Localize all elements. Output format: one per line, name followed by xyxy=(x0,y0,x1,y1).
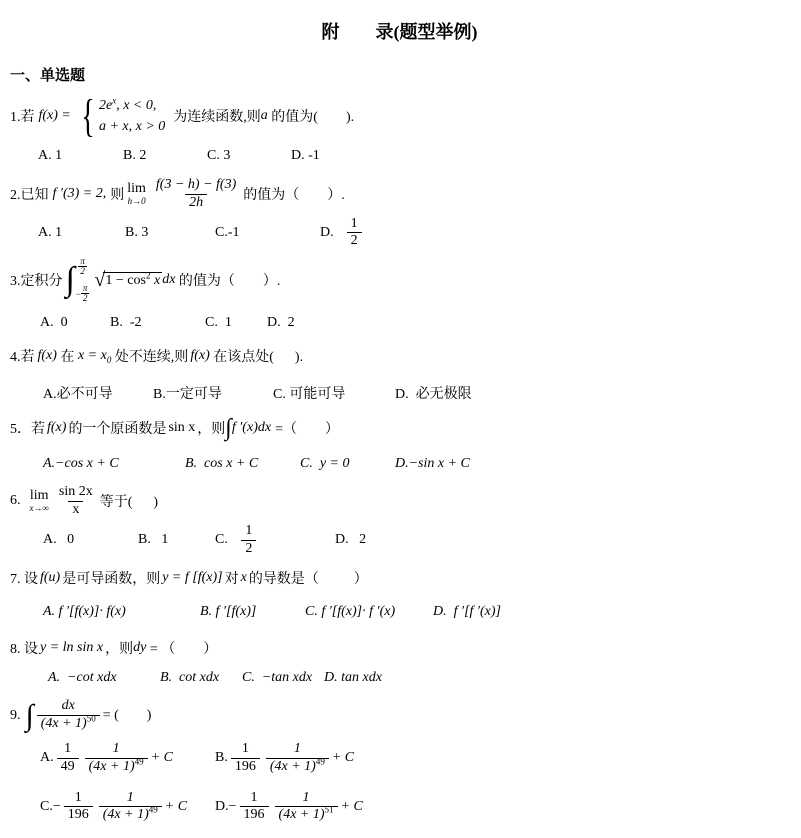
q7-fu: f(u) xyxy=(40,570,60,586)
q6-lim-sub: x→∞ xyxy=(30,504,49,513)
q7-option-c: C. f ′[f(x)]· f ′(x) xyxy=(305,604,433,620)
q9-option-d-fnum: 1 xyxy=(299,790,314,807)
q9-option-c-frac: 1(4x + 1)49 xyxy=(99,790,162,825)
q9-option-b-fden-exp: 49 xyxy=(316,756,325,766)
q9-option-c-fden: (4x + 1)49 xyxy=(99,806,162,824)
q3-options: A. 0 B. -2 C. 1 D. 2 xyxy=(40,315,789,331)
q9-fraction: dx (4x + 1)50 xyxy=(37,698,100,733)
q6-number: 6. xyxy=(10,493,21,509)
q3-integral-limits: π 2 − π 2 xyxy=(76,257,90,303)
q9-option-c-sign: − xyxy=(53,799,61,815)
q3-lo-frac: π 2 xyxy=(81,284,90,303)
q2-option-d-den: 2 xyxy=(347,232,362,250)
q4-options: A.必不可导 B.一定可导 C. 可能可导 D. 必无极限 xyxy=(43,383,789,403)
q9-number: 9. xyxy=(10,708,21,724)
q9-option-b-tail: + C xyxy=(332,750,354,766)
q4-fx1: f(x) xyxy=(38,348,57,364)
q2-option-d-num: 1 xyxy=(347,216,362,233)
q9-frac-den: (4x + 1)50 xyxy=(37,715,100,733)
q8-option-a: A. −cot xdx xyxy=(48,670,160,686)
q5-stem: 5．若 f(x) 的一个原函数是 sin x ，则 ∫ f ′(x)dx =（ … xyxy=(10,416,789,440)
q6-option-d: D. 2 xyxy=(335,532,366,548)
q9-option-c-fden-exp: 49 xyxy=(149,805,158,815)
q5-text-2: ，则 xyxy=(197,418,225,438)
q4-option-a: A.必不可导 xyxy=(43,383,153,403)
q9-option-c-cden: 196 xyxy=(64,806,93,824)
q3-option-c: C. 1 xyxy=(205,315,267,331)
q9-option-b-fden-base: (4x + 1) xyxy=(270,759,316,774)
q3-upper-limit: π 2 xyxy=(76,257,90,276)
q9-option-d-cden: 196 xyxy=(240,806,269,824)
q5-fx: f(x) xyxy=(47,420,66,436)
q9-eq: = ( ) xyxy=(103,708,152,724)
q3-number: 3.定积分 xyxy=(10,270,63,290)
q9-option-c-fden-base: (4x + 1) xyxy=(103,807,149,822)
q1-case1: 2ex, x < 0, xyxy=(99,98,165,114)
q8-stem: 8. 设 y = ln sin x ，则 dy = （ ） xyxy=(10,638,789,658)
q7-text-2: 对 xyxy=(225,568,239,588)
q6-frac-num: sin 2x xyxy=(55,484,97,501)
q2-fraction: f(3 − h) − f(3) 2h xyxy=(152,177,240,212)
q9-option-a-cnum: 1 xyxy=(60,741,75,758)
q7-option-d: D. f ′[f ′(x)] xyxy=(433,604,501,620)
q5-option-b: B. cos x + C xyxy=(185,456,300,472)
q4-fx2: f(x) xyxy=(190,348,209,364)
q2-option-b: B. 3 xyxy=(125,225,215,241)
q2-frac-den: 2h xyxy=(185,194,207,212)
q3-dx: dx xyxy=(162,272,175,288)
question-4: 4.若 f(x) 在 x = x0 处不连续,则 f(x) 在该点处( ). A… xyxy=(10,346,789,403)
q3-option-b: B. -2 xyxy=(110,315,205,331)
q6-lim-word: lim xyxy=(30,489,49,503)
q9-stem: 9. ∫ dx (4x + 1)50 = ( ) xyxy=(10,698,789,733)
q7-text-3: 的导数是（ ） xyxy=(249,568,368,588)
title-paren: (题型举例) xyxy=(394,22,478,42)
q6-option-c-fraction: 1 2 xyxy=(241,523,256,558)
q9-option-b-fden: (4x + 1)49 xyxy=(266,758,329,776)
q3-lower-limit: − π 2 xyxy=(76,284,90,303)
q9-option-b-cnum: 1 xyxy=(238,741,253,758)
q8-option-c: C. −tan xdx xyxy=(242,670,324,686)
q4-text-3: 在该点处( ). xyxy=(210,346,303,366)
question-6: 6. lim x→∞ sin 2x x 等于( ) A. 0 B. 1 C. 1… xyxy=(10,484,789,557)
q1-case2: a + x, x > 0 xyxy=(99,119,165,135)
q4-option-c: C. 可能可导 xyxy=(273,383,395,403)
q4-option-d: D. 必无极限 xyxy=(395,383,472,403)
q9-option-c-tail: + C xyxy=(165,799,187,815)
q5-sinx: sin x xyxy=(168,420,195,436)
question-8: 8. 设 y = ln sin x ，则 dy = （ ） A. −cot xd… xyxy=(10,638,789,686)
q3-radicand: 1 − cos2 x xyxy=(103,272,162,289)
q3-text: 的值为（ ）. xyxy=(175,270,280,290)
q9-option-d-label: D. xyxy=(215,799,229,815)
q9-options-row-1: A.1491(4x + 1)49+ C B.11961(4x + 1)49+ C xyxy=(40,741,789,776)
q6-frac-den: x xyxy=(68,501,83,519)
q9-option-d-cnum: 1 xyxy=(247,790,262,807)
q5-eq: =（ ） xyxy=(275,418,339,438)
q5-option-a: A.−cos x + C xyxy=(43,456,185,472)
q4-option-b: B.一定可导 xyxy=(153,383,273,403)
q9-option-b-label: B. xyxy=(215,750,228,766)
q9-option-c-label: C. xyxy=(40,799,53,815)
q9-option-a-fden: (4x + 1)49 xyxy=(85,758,148,776)
q8-yeq: y = ln sin x xyxy=(40,640,103,656)
q3-up-num: π xyxy=(78,257,87,266)
q7-stem: 7. 设 f(u) 是可导函数，则 y = f [f(x)] 对 x 的导数是（… xyxy=(10,568,789,588)
q6-stem: 6. lim x→∞ sin 2x x 等于( ) xyxy=(10,484,789,519)
q9-option-a-tail: + C xyxy=(151,750,173,766)
q5-options: A.−cos x + C B. cos x + C C. y = 0 D.−si… xyxy=(43,456,789,472)
q9-option-b-frac: 1(4x + 1)49 xyxy=(266,741,329,776)
q7-xvar: x xyxy=(241,570,247,586)
q5-option-d: D.−sin x + C xyxy=(395,456,470,472)
q9-option-a-fden-exp: 49 xyxy=(135,756,144,766)
title-main: 附 录 xyxy=(322,22,394,42)
q6-options: A. 0 B. 1 C. 1 2 D. 2 xyxy=(43,523,789,558)
document-page: 附 录(题型举例) 一、单选题 1.若 f(x) = { 2ex, x < 0,… xyxy=(0,0,801,824)
q2-lim-sub: h→0 xyxy=(128,197,146,206)
q2-option-a: A. 1 xyxy=(38,225,125,241)
q4-xeq: x = x0 xyxy=(78,348,111,364)
q2-text: 的值为（ ）. xyxy=(243,184,345,204)
q8-number: 8. 设 xyxy=(10,638,38,658)
q2-option-c: C.-1 xyxy=(215,225,320,241)
q7-yeq: y = f [f(x)] xyxy=(162,570,222,586)
q2-lim-word: lim xyxy=(127,182,146,196)
q1-option-d: D. -1 xyxy=(291,148,320,164)
q6-option-c-label: C. xyxy=(215,532,238,548)
q9-den-exp: 50 xyxy=(87,714,96,724)
q1-option-b: B. 2 xyxy=(123,148,207,164)
q6-text: 等于( ) xyxy=(100,491,158,511)
q8-option-b: B. cot xdx xyxy=(160,670,242,686)
q9-option-c-fnum: 1 xyxy=(123,790,138,807)
q6-option-b: B. 1 xyxy=(138,532,215,548)
q9-option-b: B.11961(4x + 1)49+ C xyxy=(215,741,354,776)
question-2: 2.已知 f ′(3) = 2, 则 lim h→0 f(3 − h) − f(… xyxy=(10,177,789,250)
q1-piecewise: { 2ex, x < 0, a + x, x > 0 xyxy=(77,93,165,139)
q1-option-c: C. 3 xyxy=(207,148,291,164)
q2-then: 则 xyxy=(110,184,124,204)
q9-option-d-fden: (4x + 1)51 xyxy=(275,806,338,824)
q3-option-a: A. 0 xyxy=(40,315,110,331)
q1-options: A. 1 B. 2 C. 3 D. -1 xyxy=(38,148,789,164)
q5-number: 5．若 xyxy=(10,418,45,438)
integral-sign: ∫ xyxy=(225,416,232,440)
q9-options-row-2: C.−11961(4x + 1)49+ C D.−11961(4x + 1)51… xyxy=(40,790,789,825)
q9-option-b-coef: 1196 xyxy=(231,741,260,776)
q9-option-a-fden-base: (4x + 1) xyxy=(89,759,135,774)
q8-options: A. −cot xdx B. cot xdx C. −tan xdx D. ta… xyxy=(48,670,789,686)
q5-text-1: 的一个原函数是 xyxy=(68,418,166,438)
q2-frac-num: f(3 − h) − f(3) xyxy=(152,177,240,194)
q9-option-c: C.−11961(4x + 1)49+ C xyxy=(40,790,215,825)
q6-option-c-num: 1 xyxy=(241,523,256,540)
q4-stem: 4.若 f(x) 在 x = x0 处不连续,则 f(x) 在该点处( ). xyxy=(10,346,789,366)
q9-option-a-label: A. xyxy=(40,750,54,766)
q3-option-d: D. 2 xyxy=(267,315,295,331)
question-1: 1.若 f(x) = { 2ex, x < 0, a + x, x > 0 为连… xyxy=(10,93,789,164)
q2-options: A. 1 B. 3 C.-1 D. 1 2 xyxy=(38,216,789,251)
q9-option-d: D.−11961(4x + 1)51+ C xyxy=(215,790,363,825)
q7-options: A. f ′[f(x)]· f(x) B. f ′[f(x)] C. f ′[f… xyxy=(43,604,789,620)
q9-option-c-coef: 1196 xyxy=(64,790,93,825)
q1-case1-cond: , x < 0, xyxy=(116,98,156,113)
q2-number: 2.已知 xyxy=(10,184,49,204)
q6-fraction: sin 2x x xyxy=(55,484,97,519)
q1-fx: f(x) = xyxy=(39,108,71,124)
q8-option-d: D. tan xdx xyxy=(324,670,382,686)
q1-text-2: 的值为( ). xyxy=(268,106,354,126)
q4-xeq-base: x = x xyxy=(78,348,107,363)
page-title: 附 录(题型举例) xyxy=(10,20,789,44)
q9-option-a: A.1491(4x + 1)49+ C xyxy=(40,741,215,776)
q3-lo-num: π xyxy=(81,284,90,293)
q1-case1-base: 2e xyxy=(99,98,112,113)
q6-limit: lim x→∞ xyxy=(30,489,49,513)
q2-option-d-label: D. xyxy=(320,225,334,241)
q3-up-den: 2 xyxy=(78,266,87,276)
q4-text-2: 处不连续,则 xyxy=(111,346,188,366)
q9-option-d-tail: + C xyxy=(341,799,363,815)
q7-text-1: 是可导函数，则 xyxy=(62,568,160,588)
q2-stem: 2.已知 f ′(3) = 2, 则 lim h→0 f(3 − h) − f(… xyxy=(10,177,789,212)
q3-lo-den: 2 xyxy=(81,293,90,303)
q2-option-d: D. 1 2 xyxy=(320,216,365,251)
q1-number: 1.若 xyxy=(10,106,35,126)
q9-option-a-coef: 149 xyxy=(57,741,79,776)
q9-option-d-sign: − xyxy=(229,799,237,815)
q2-given: f ′(3) = 2, xyxy=(53,186,107,202)
q9-option-a-cden: 49 xyxy=(57,758,79,776)
q9-den-base: (4x + 1) xyxy=(41,716,87,731)
q7-number: 7. 设 xyxy=(10,568,38,588)
q3-sqrt: √ 1 − cos2 x xyxy=(94,272,162,289)
q2-limit: lim h→0 xyxy=(127,182,146,206)
q4-text-1: 在 xyxy=(57,346,78,366)
integral-sign: ∫ xyxy=(26,701,34,731)
q6-option-c: C. 1 2 xyxy=(215,523,335,558)
q5-integrand: f ′(x)dx xyxy=(232,420,271,436)
q9-option-a-frac: 1(4x + 1)49 xyxy=(85,741,148,776)
q8-text: ，则 xyxy=(105,638,133,658)
q6-option-c-den: 2 xyxy=(241,540,256,558)
q2-option-d-fraction: 1 2 xyxy=(347,216,362,251)
q1-option-a: A. 1 xyxy=(38,148,123,164)
q9-option-d-fden-base: (4x + 1) xyxy=(279,807,325,822)
q8-eq: = （ ） xyxy=(146,638,217,658)
q7-option-b: B. f ′[f(x)] xyxy=(200,604,305,620)
q3-rad-text: 1 − cos xyxy=(105,273,146,288)
integral-sign: ∫ xyxy=(66,263,75,297)
q1-stem: 1.若 f(x) = { 2ex, x < 0, a + x, x > 0 为连… xyxy=(10,93,789,139)
question-5: 5．若 f(x) 的一个原函数是 sin x ，则 ∫ f ′(x)dx =（ … xyxy=(10,416,789,472)
q9-option-d-frac: 1(4x + 1)51 xyxy=(275,790,338,825)
q3-integral: ∫ π 2 − π 2 xyxy=(66,257,90,303)
q1-text-1: 为连续函数,则 xyxy=(173,106,261,126)
q9-option-b-fnum: 1 xyxy=(290,741,305,758)
q7-option-a: A. f ′[f(x)]· f(x) xyxy=(43,604,200,620)
q5-option-c: C. y = 0 xyxy=(300,456,395,472)
q3-stem: 3.定积分 ∫ π 2 − π 2 xyxy=(10,257,789,303)
question-9: 9. ∫ dx (4x + 1)50 = ( ) A.1491(4x + 1)4… xyxy=(10,698,789,824)
question-3: 3.定积分 ∫ π 2 − π 2 xyxy=(10,257,789,331)
q1-var-a: a xyxy=(261,108,268,124)
q9-option-d-coef: 1196 xyxy=(240,790,269,825)
q6-option-a: A. 0 xyxy=(43,532,138,548)
q9-option-d-fden-exp: 51 xyxy=(325,805,334,815)
q9-option-c-cnum: 1 xyxy=(71,790,86,807)
q4-number: 4.若 xyxy=(10,346,35,366)
question-7: 7. 设 f(u) 是可导函数，则 y = f [f(x)] 对 x 的导数是（… xyxy=(10,568,789,620)
q9-option-b-cden: 196 xyxy=(231,758,260,776)
q9-option-a-fnum: 1 xyxy=(109,741,124,758)
section-heading: 一、单选题 xyxy=(10,64,789,85)
q8-dy: dy xyxy=(133,640,146,656)
q3-rad-x: x xyxy=(150,273,160,288)
q9-frac-num: dx xyxy=(58,698,79,715)
brace-symbol: { xyxy=(81,93,94,139)
